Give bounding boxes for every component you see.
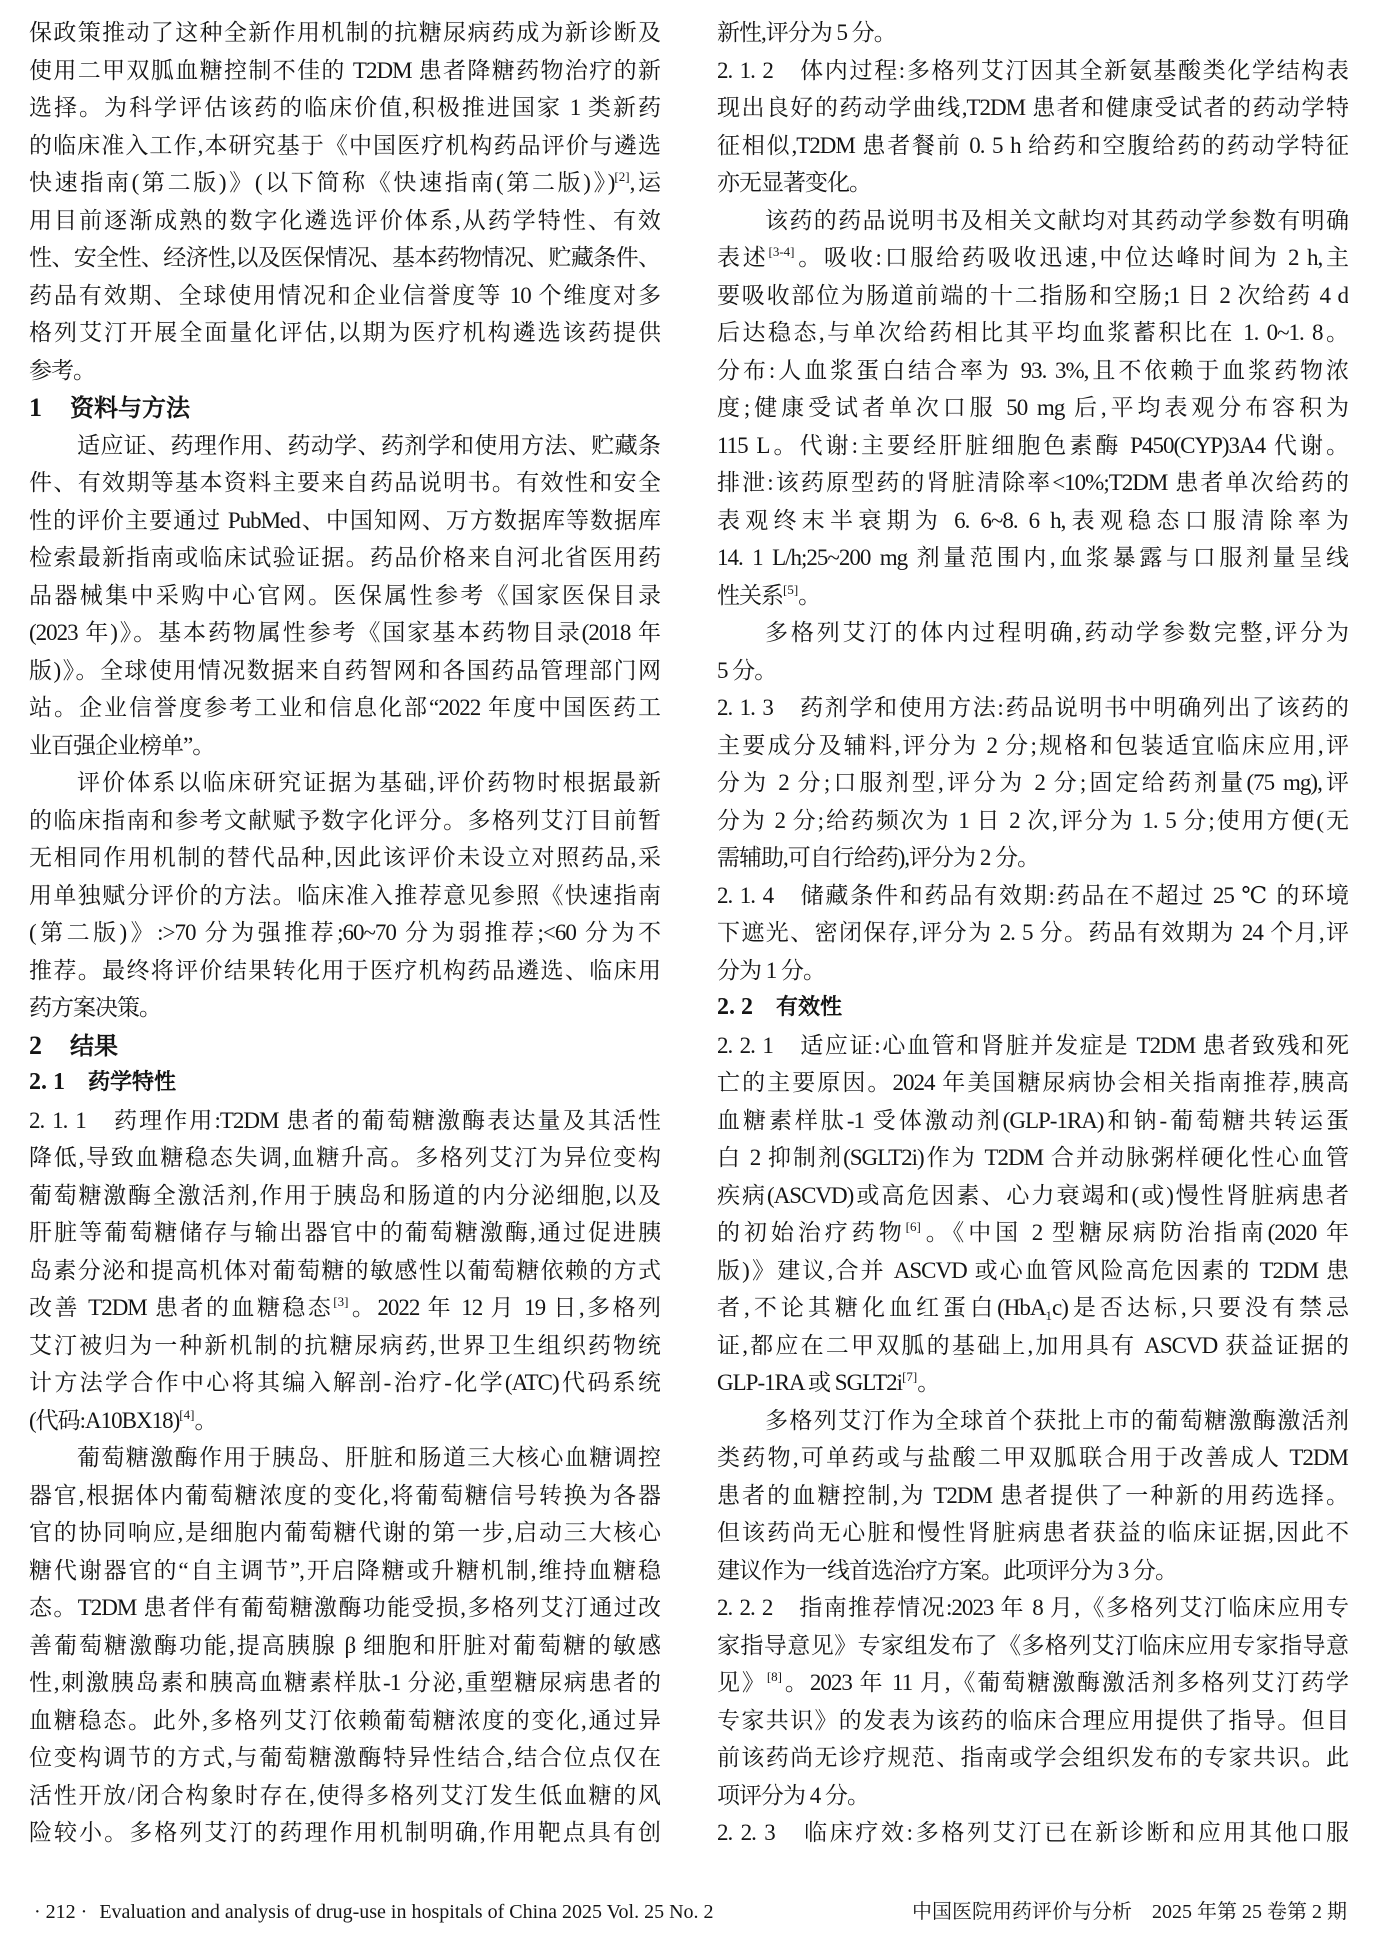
text-segment: GLP-1RA 或 SGLT2i bbox=[717, 1370, 902, 1395]
text-line: 家指导意见》专家组发布了《多格列艾汀临床应用专家指导意 bbox=[717, 1627, 1348, 1665]
text-line: 排泄:该药原型药的肾脏清除率<10%;T2DM 患者单次给药的 bbox=[717, 464, 1348, 502]
text-line: 但该药尚无心脏和慢性肾脏病患者获益的临床证据,因此不 bbox=[717, 1514, 1348, 1552]
text-line: 官的协同响应,是细胞内葡萄糖代谢的第一步,启动三大核心 bbox=[29, 1514, 660, 1552]
text-line: 分布:人血浆蛋白结合率为 93. 3%,且不依赖于血浆药物浓 bbox=[717, 352, 1348, 390]
subsection-heading: 2. 1药学特性 bbox=[29, 1064, 660, 1102]
text-line: 的初始治疗药物[6]。《中国 2 型糖尿病防治指南(2020 年 bbox=[717, 1214, 1348, 1252]
text-line: GLP-1RA 或 SGLT2i[7]。 bbox=[717, 1364, 1348, 1402]
paragraph: 2. 1. 4 储藏条件和药品有效期:药品在不超过 25 ℃ 的环境 下遮光、密… bbox=[717, 877, 1348, 990]
section-title: 资料与方法 bbox=[70, 394, 190, 422]
right-column: 新性,评分为 5 分。 2. 1. 2 体内过程:多格列艾汀因其全新氨基酸类化学… bbox=[717, 14, 1348, 1852]
section-heading: 2结果 bbox=[29, 1027, 660, 1065]
text-line: 2. 2. 3 临床疗效:多格列艾汀已在新诊断和应用其他口服 bbox=[717, 1814, 1348, 1852]
text-line: 活性开放/闭合构象时存在,使得多格列艾汀发生低血糖的风 bbox=[29, 1777, 660, 1815]
text-line: 性的评价主要通过 PubMed、中国知网、万方数据库等数据库 bbox=[29, 502, 660, 540]
section-heading: 1资料与方法 bbox=[29, 389, 660, 427]
text-line: 分为 1 分。 bbox=[717, 952, 1348, 990]
text-line: 前该药尚无诊疗规范、指南或学会组织发布的专家共识。此 bbox=[717, 1739, 1348, 1777]
text-line: (2023 年)》。基本药物属性参考《国家基本药物目录(2018 年 bbox=[29, 614, 660, 652]
citation-ref: [3] bbox=[333, 1294, 348, 1309]
text-line: 疾病(ASCVD)或高危因素、心力衰竭和(或)慢性肾脏病患者 bbox=[717, 1177, 1348, 1215]
text-line: 版)》。全球使用情况数据来自药智网和各国药品管理部门网 bbox=[29, 652, 660, 690]
text-line: 保政策推动了这种全新作用机制的抗糖尿病药成为新诊断及 bbox=[29, 14, 660, 52]
text-line: 性关系[5]。 bbox=[717, 577, 1348, 615]
text-line: 肝脏等葡萄糖储存与输出器官中的葡萄糖激酶,通过促进胰 bbox=[29, 1214, 660, 1252]
text-line: 多格列艾汀的体内过程明确,药动学参数完整,评分为 bbox=[717, 614, 1348, 652]
journal-name-cn: 中国医院用药评价与分析 bbox=[912, 1901, 1132, 1923]
text-line: 艾汀被归为一种新机制的抗糖尿病药,世界卫生组织药物统 bbox=[29, 1327, 660, 1365]
text-segment: 。2022 年 12 月 19 日,多格列 bbox=[348, 1295, 660, 1320]
text-segment: 改善 T2DM 患者的血糖稳态 bbox=[29, 1295, 333, 1320]
citation-ref: [5] bbox=[783, 582, 798, 597]
text-line: 亡的主要原因。2024 年美国糖尿病协会相关指南推荐,胰高 bbox=[717, 1064, 1348, 1102]
text-line: 需辅助,可自行给药),评分为 2 分。 bbox=[717, 839, 1348, 877]
text-line: 表观终末半衰期为 6. 6~8. 6 h,表观稳态口服清除率为 bbox=[717, 502, 1348, 540]
text-segment: (代码:A10BX18) bbox=[29, 1408, 179, 1433]
section-number: 2. 1 bbox=[29, 1064, 88, 1102]
text-segment: 性关系 bbox=[717, 583, 783, 608]
text-line: 白 2 抑制剂(SGLT2i)作为 T2DM 合并动脉粥样硬化性心血管 bbox=[717, 1139, 1348, 1177]
text-line: 站。企业信誉度参考工业和信息化部“2022 年度中国医药工 bbox=[29, 689, 660, 727]
text-line: 性、安全性、经济性,以及医保情况、基本药物情况、贮藏条件、 bbox=[29, 239, 660, 277]
text-line: 参考。 bbox=[29, 352, 660, 390]
text-segment: c)是否达标,只要没有禁忌 bbox=[1052, 1295, 1348, 1320]
text-line: 多格列艾汀作为全球首个获批上市的葡萄糖激酶激活剂 bbox=[717, 1402, 1348, 1440]
text-line: 建议作为一线首选治疗方案。此项评分为 3 分。 bbox=[717, 1552, 1348, 1590]
text-line: 岛素分泌和提高机体对葡萄糖的敏感性以葡萄糖依赖的方式 bbox=[29, 1252, 660, 1290]
text-line: 态。T2DM 患者伴有葡萄糖激酶功能受损,多格列艾汀通过改 bbox=[29, 1589, 660, 1627]
text-line: 类药物,可单药或与盐酸二甲双胍联合用于改善成人 T2DM bbox=[717, 1439, 1348, 1477]
text-line: 版)》建议,合并 ASCVD 或心血管风险高危因素的 T2DM 患 bbox=[717, 1252, 1348, 1290]
paragraph: 2. 2. 3 临床疗效:多格列艾汀已在新诊断和应用其他口服 bbox=[717, 1814, 1348, 1852]
citation-ref: [2] bbox=[614, 169, 629, 184]
text-segment: 。《中国 2 型糖尿病防治指南(2020 年 bbox=[921, 1220, 1348, 1245]
text-line: 降低,导致血糖稳态失调,血糖升高。多格列艾汀为异位变构 bbox=[29, 1139, 660, 1177]
text-line: 位变构调节的方式,与葡萄糖激酶特异性结合,结合位点仅在 bbox=[29, 1739, 660, 1777]
paragraph: 2. 1. 2 体内过程:多格列艾汀因其全新氨基酸类化学结构表 现出良好的药动学… bbox=[717, 52, 1348, 202]
text-line: (第二版)》:>70 分为强推荐;60~70 分为弱推荐;<60 分为不 bbox=[29, 914, 660, 952]
text-line: 葡萄糖激酶作用于胰岛、肝脏和肠道三大核心血糖调控 bbox=[29, 1439, 660, 1477]
citation-ref: [6] bbox=[906, 1219, 921, 1234]
text-line: 主要成分及辅料,评分为 2 分;规格和包装适宜临床应用,评 bbox=[717, 727, 1348, 765]
text-segment: 。吸收:口服给药吸收迅速,中位达峰时间为 2 h,主 bbox=[795, 245, 1348, 270]
text-line: 无相同作用机制的替代品种,因此该评价未设立对照药品,采 bbox=[29, 839, 660, 877]
paragraph: 葡萄糖激酶作用于胰岛、肝脏和肠道三大核心血糖调控 器官,根据体内葡萄糖浓度的变化… bbox=[29, 1439, 660, 1852]
text-segment: 。 bbox=[798, 583, 820, 608]
text-segment: 者,不论其糖化血红蛋白(HbA bbox=[717, 1295, 1046, 1320]
citation-ref: [8] bbox=[767, 1669, 782, 1684]
section-number: 2 bbox=[29, 1027, 70, 1065]
paragraph: 新性,评分为 5 分。 bbox=[717, 14, 1348, 52]
text-line: 器官,根据体内葡萄糖浓度的变化,将葡萄糖信号转换为各器 bbox=[29, 1477, 660, 1515]
text-segment: 表述 bbox=[717, 245, 769, 270]
text-line: 药品有效期、全球使用情况和企业信誉度等 10 个维度对多 bbox=[29, 277, 660, 315]
text-segment: 。2023 年 11 月,《葡萄糖激酶激活剂多格列艾汀药学 bbox=[782, 1670, 1348, 1695]
paragraph: 2. 2. 2 指南推荐情况:2023 年 8 月,《多格列艾汀临床应用专 家指… bbox=[717, 1589, 1348, 1814]
section-number: 2. 2 bbox=[717, 989, 776, 1027]
text-line: 使用二甲双胍血糖控制不佳的 T2DM 患者降糖药物治疗的新 bbox=[29, 52, 660, 90]
text-line: 善葡萄糖激酶功能,提高胰腺 β 细胞和肝脏对葡萄糖的敏感 bbox=[29, 1627, 660, 1665]
paragraph: 多格列艾汀的体内过程明确,药动学参数完整,评分为 5 分。 bbox=[717, 614, 1348, 689]
text-line: 格列艾汀开展全面量化评估,以期为医疗机构遴选该药提供 bbox=[29, 314, 660, 352]
text-line: 患者的血糖控制,为 T2DM 患者提供了一种新的用药选择。 bbox=[717, 1477, 1348, 1515]
text-line: 2. 2. 2 指南推荐情况:2023 年 8 月,《多格列艾汀临床应用专 bbox=[717, 1589, 1348, 1627]
citation-ref: [3-4] bbox=[769, 244, 795, 259]
text-line: 14. 1 L/h;25~200 mg 剂量范围内,血浆暴露与口服剂量呈线 bbox=[717, 539, 1348, 577]
text-line: 2. 1. 3 药剂学和使用方法:药品说明书中明确列出了该药的 bbox=[717, 689, 1348, 727]
text-line: 适应证、药理作用、药动学、药剂学和使用方法、贮藏条 bbox=[29, 427, 660, 465]
section-title: 药学特性 bbox=[88, 1070, 176, 1095]
issue-info: 2025 年第 25 卷第 2 期 bbox=[1152, 1901, 1347, 1923]
left-column: 保政策推动了这种全新作用机制的抗糖尿病药成为新诊断及 使用二甲双胍血糖控制不佳的… bbox=[29, 14, 660, 1852]
text-line: 115 L。代谢:主要经肝脏细胞色素酶 P450(CYP)3A4 代谢。 bbox=[717, 427, 1348, 465]
section-number: 1 bbox=[29, 389, 70, 427]
journal-name-en: Evaluation and analysis of drug-use in h… bbox=[99, 1901, 713, 1923]
page-footer-left: · 212 ·Evaluation and analysis of drug-u… bbox=[34, 1897, 714, 1927]
text-line: 血糖稳态。此外,多格列艾汀依赖葡萄糖浓度的变化,通过异 bbox=[29, 1702, 660, 1740]
text-segment: 。 bbox=[917, 1370, 939, 1395]
text-line: 的临床指南和参考文献赋予数字化评分。多格列艾汀目前暂 bbox=[29, 802, 660, 840]
text-segment: ,运 bbox=[630, 170, 660, 195]
text-line: 检索最新指南或临床试验证据。药品价格来自河北省医用药 bbox=[29, 539, 660, 577]
text-line: 项评分为 4 分。 bbox=[717, 1777, 1348, 1815]
text-line: 5 分。 bbox=[717, 652, 1348, 690]
section-title: 有效性 bbox=[776, 995, 842, 1020]
text-line: 品器械集中采购中心官网。医保属性参考《国家医保目录 bbox=[29, 577, 660, 615]
text-line: 证,都应在二甲双胍的基础上,加用具有 ASCVD 获益证据的 bbox=[717, 1327, 1348, 1365]
citation-ref: [7] bbox=[902, 1369, 917, 1384]
page-number: · 212 · bbox=[34, 1901, 87, 1923]
text-line: 专家共识》的发表为该药的临床合理应用提供了指导。但目 bbox=[717, 1702, 1348, 1740]
section-title: 结果 bbox=[70, 1032, 118, 1060]
paragraph: 该药的药品说明书及相关文献均对其药动学参数有明确 表述[3-4]。吸收:口服给药… bbox=[717, 202, 1348, 615]
paragraph: 适应证、药理作用、药动学、药剂学和使用方法、贮藏条 件、有效期等基本资料主要来自… bbox=[29, 427, 660, 765]
text-line: 2. 1. 1 药理作用:T2DM 患者的葡萄糖激酶表达量及其活性 bbox=[29, 1102, 660, 1140]
text-line: 分为 2 分;口服剂型,评分为 2 分;固定给药剂量(75 mg),评 bbox=[717, 764, 1348, 802]
citation-ref: [4] bbox=[179, 1407, 194, 1422]
text-line: 2. 1. 4 储藏条件和药品有效期:药品在不超过 25 ℃ 的环境 bbox=[717, 877, 1348, 915]
text-line: 业百强企业榜单”。 bbox=[29, 727, 660, 765]
text-line: 该药的药品说明书及相关文献均对其药动学参数有明确 bbox=[717, 202, 1348, 240]
text-line: 快速指南(第二版)》(以下简称《快速指南(第二版)》)[2],运 bbox=[29, 164, 660, 202]
text-line: 亦无显著变化。 bbox=[717, 164, 1348, 202]
text-line: 的临床准入工作,本研究基于《中国医疗机构药品评价与遴选 bbox=[29, 127, 660, 165]
text-line: 件、有效期等基本资料主要来自药品说明书。有效性和安全 bbox=[29, 464, 660, 502]
text-line: 现出良好的药动学曲线,T2DM 患者和健康受试者的药动学特 bbox=[717, 89, 1348, 127]
text-line: 评价体系以临床研究证据为基础,评价药物时根据最新 bbox=[29, 764, 660, 802]
text-line: 2. 1. 2 体内过程:多格列艾汀因其全新氨基酸类化学结构表 bbox=[717, 52, 1348, 90]
text-line: 选择。为科学评估该药的临床价值,积极推进国家 1 类新药 bbox=[29, 89, 660, 127]
text-line: 药方案决策。 bbox=[29, 989, 660, 1027]
text-segment: 。 bbox=[194, 1408, 216, 1433]
paragraph: 多格列艾汀作为全球首个获批上市的葡萄糖激酶激活剂 类药物,可单药或与盐酸二甲双胍… bbox=[717, 1402, 1348, 1590]
text-line: 要吸收部位为肠道前端的十二指肠和空肠;1 日 2 次给药 4 d bbox=[717, 277, 1348, 315]
text-line: 表述[3-4]。吸收:口服给药吸收迅速,中位达峰时间为 2 h,主 bbox=[717, 239, 1348, 277]
text-line: 见》[8]。2023 年 11 月,《葡萄糖激酶激活剂多格列艾汀药学 bbox=[717, 1664, 1348, 1702]
text-line: 推荐。最终将评价结果转化用于医疗机构药品遴选、临床用 bbox=[29, 952, 660, 990]
text-segment: 的初始治疗药物 bbox=[717, 1220, 906, 1245]
text-line: 性,刺激胰岛素和胰高血糖素样肽-1 分泌,重塑糖尿病患者的 bbox=[29, 1664, 660, 1702]
text-line: 用单独赋分评价的方法。临床准入推荐意见参照《快速指南 bbox=[29, 877, 660, 915]
subsection-heading: 2. 2有效性 bbox=[717, 989, 1348, 1027]
text-line: 下遮光、密闭保存,评分为 2. 5 分。药品有效期为 24 个月,评 bbox=[717, 914, 1348, 952]
text-line: 计方法学合作中心将其编入解剖-治疗-化学(ATC)代码系统 bbox=[29, 1364, 660, 1402]
text-line: 后达稳态,与单次给药相比其平均血浆蓄积比在 1. 0~1. 8。 bbox=[717, 314, 1348, 352]
page-footer-right: 中国医院用药评价与分析2025 年第 25 卷第 2 期 bbox=[912, 1897, 1347, 1927]
text-segment: 快速指南(第二版)》(以下简称《快速指南(第二版)》) bbox=[29, 170, 614, 195]
text-line: 分为 2 分;给药频次为 1 日 2 次,评分为 1. 5 分;使用方便(无 bbox=[717, 802, 1348, 840]
text-line: 2. 2. 1 适应证:心血管和肾脏并发症是 T2DM 患者致残和死 bbox=[717, 1027, 1348, 1065]
text-line: 征相似,T2DM 患者餐前 0. 5 h 给药和空腹给药的药动学特征 bbox=[717, 127, 1348, 165]
text-line: 者,不论其糖化血红蛋白(HbA1c)是否达标,只要没有禁忌 bbox=[717, 1289, 1348, 1327]
text-line: (代码:A10BX18)[4]。 bbox=[29, 1402, 660, 1440]
text-line: 改善 T2DM 患者的血糖稳态[3]。2022 年 12 月 19 日,多格列 bbox=[29, 1289, 660, 1327]
paragraph: 保政策推动了这种全新作用机制的抗糖尿病药成为新诊断及 使用二甲双胍血糖控制不佳的… bbox=[29, 14, 660, 389]
paragraph: 2. 1. 1 药理作用:T2DM 患者的葡萄糖激酶表达量及其活性 降低,导致血… bbox=[29, 1102, 660, 1440]
text-line: 血糖素样肽-1 受体激动剂(GLP-1RA)和钠-葡萄糖共转运蛋 bbox=[717, 1102, 1348, 1140]
paragraph: 评价体系以临床研究证据为基础,评价药物时根据最新 的临床指南和参考文献赋予数字化… bbox=[29, 764, 660, 1027]
text-line: 葡萄糖激酶全激活剂,作用于胰岛和肠道的内分泌细胞,以及 bbox=[29, 1177, 660, 1215]
text-line: 糖代谢器官的“自主调节”,开启降糖或升糖机制,维持血糖稳 bbox=[29, 1552, 660, 1590]
text-line: 度;健康受试者单次口服 50 mg 后,平均表观分布容积为 bbox=[717, 389, 1348, 427]
paragraph: 2. 2. 1 适应证:心血管和肾脏并发症是 T2DM 患者致残和死 亡的主要原… bbox=[717, 1027, 1348, 1402]
text-line: 用目前逐渐成熟的数字化遴选评价体系,从药学特性、有效 bbox=[29, 202, 660, 240]
text-line: 险较小。多格列艾汀的药理作用机制明确,作用靶点具有创 bbox=[29, 1814, 660, 1852]
text-line: 新性,评分为 5 分。 bbox=[717, 14, 1348, 52]
paragraph: 2. 1. 3 药剂学和使用方法:药品说明书中明确列出了该药的 主要成分及辅料,… bbox=[717, 689, 1348, 877]
text-segment: 见》 bbox=[717, 1670, 767, 1695]
